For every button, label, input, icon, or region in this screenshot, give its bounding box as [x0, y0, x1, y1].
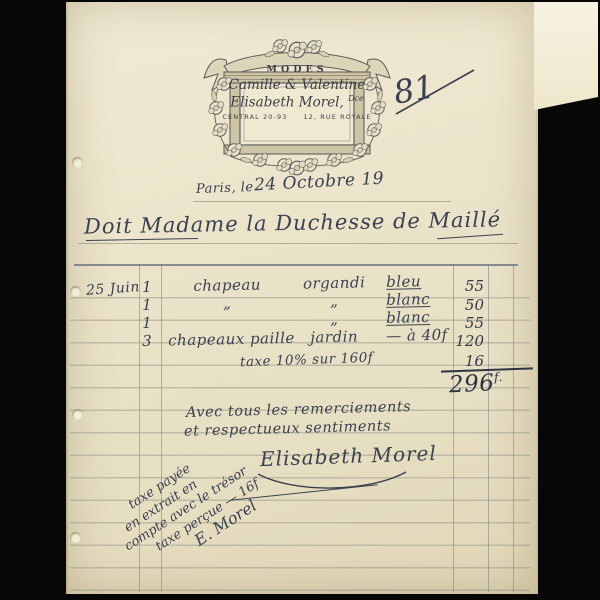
scanned-invoice: MODES Camille & Valentine Elisabeth More…: [0, 0, 600, 600]
row-variant-ditto: „: [286, 291, 382, 311]
row-amount: 55: [450, 314, 484, 332]
letterhead-modes-label: MODES: [202, 64, 392, 75]
row-variant: jardin: [286, 327, 382, 347]
table-column-line: [513, 264, 514, 592]
row-quantity: 1: [142, 277, 168, 296]
punch-hole: [72, 157, 83, 168]
letterhead-phone: CENTRAL 20-93: [222, 113, 287, 121]
row-color: bleu: [386, 272, 421, 291]
row-color: blanc: [386, 290, 430, 309]
table-column-line: [488, 264, 489, 592]
folio-annotation: 81: [386, 56, 482, 122]
folio-number: 81: [391, 67, 438, 111]
signature-flourish: [252, 468, 412, 498]
row-item: chapeaux paille: [168, 329, 286, 349]
total-value: 296: [448, 370, 495, 398]
backing-sheet-corner: [534, 2, 598, 110]
row-variant: organdi: [286, 273, 382, 293]
row-price-each: — à 40f: [386, 326, 448, 345]
row-quantity: 3: [142, 331, 168, 350]
bill-to-baseline-rule: [78, 243, 518, 244]
total-currency-suffix: f.: [494, 370, 504, 384]
letterhead-house-name: Camille & Valentine: [202, 77, 392, 93]
letterhead-address: 12, RUE ROYALE: [303, 113, 371, 121]
total-amount: 296f.: [448, 370, 504, 399]
row-quantity: 1: [142, 313, 168, 332]
row-amount: 120: [450, 332, 484, 350]
letterhead-contact-line: CENTRAL 20-93 12, RUE ROYALE: [202, 113, 392, 121]
row-amount: 50: [450, 296, 484, 314]
tax-amount: 16: [450, 352, 484, 370]
row-amount: 55: [450, 277, 484, 295]
director-title-text: Dce: [348, 94, 364, 103]
date-baseline-rule: [193, 201, 451, 202]
table-top-rule: [74, 264, 518, 266]
row-quantity: 1: [142, 295, 168, 314]
director-name-text: Elisabeth Morel,: [230, 95, 344, 111]
date-prefix: Paris, le: [196, 180, 254, 197]
row-color: blanc: [386, 308, 430, 327]
letterhead-director-name: Elisabeth Morel, Dce: [202, 94, 392, 111]
row-variant-ditto: „: [286, 309, 382, 329]
